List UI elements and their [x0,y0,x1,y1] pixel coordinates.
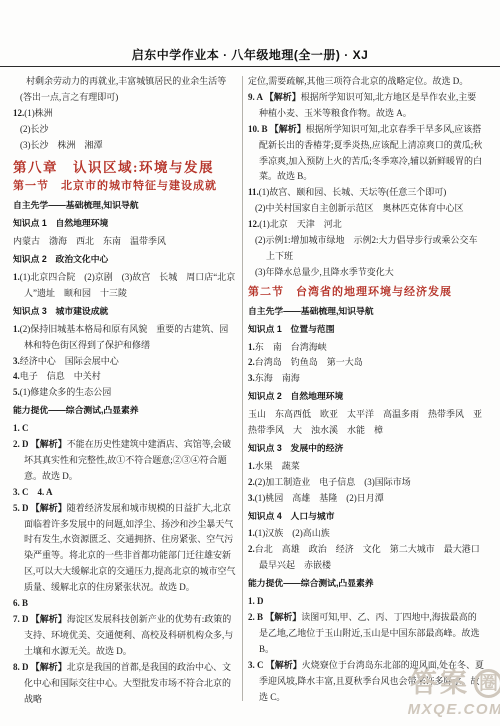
answer-line: 2.(2)加工制造业 电子信息 (3)国际市场 [248,475,484,491]
answer-number: 12. [13,108,24,118]
answer-number: 11. [248,187,259,197]
answer-line: 1.水果 蔬菜 [248,459,484,475]
answer-line: 5.(1)修建众多的生态公园 [13,385,237,401]
knowledge-point-heading: 知识点 2 政治文化中心 [13,252,237,268]
answer-text: (1)株洲 [24,108,53,118]
answer-number: 3. C 4. A [13,487,53,497]
answer-line: 3. C 4. A [13,485,237,501]
answer-text: 内蒙古 渤海 西北 东南 温带季风 [13,236,166,246]
activity-heading: 能力提优——综合测试,凸显素养 [13,403,237,419]
answer-text: (2)加工制造业 电子信息 (3)国际市场 [255,477,411,487]
answer-text: 经济中心 国际会展中心 [20,356,119,366]
answer-text: 东 南 台湾海峡 [255,342,327,352]
answer-line: 1.东 南 台湾海峡 [248,340,484,356]
answer-text: 水果 蔬菜 [255,461,300,471]
answer-number: 9. A 【解析】 [248,92,301,102]
answer-text: 第八章 认识区域:环境与发展 [13,160,214,175]
answer-line: 1. D [248,594,484,610]
knowledge-point-heading: 知识点 4 人口与城市 [248,509,484,525]
answer-text: (1)故宫、颐和园、长城、天坛等(任意三个即可) [259,187,447,197]
header-rule [0,66,500,67]
answer-number: 2. [248,544,255,554]
answer-line: 1. C [13,421,237,437]
answer-number: 2. [248,477,255,487]
answer-line: 2.台湾岛 钓鱼岛 第一大岛 [248,355,484,371]
chapter-heading: 第八章 认识区域:环境与发展 [13,160,237,176]
knowledge-point-heading: 知识点 3 发展中的经济 [248,441,484,457]
answer-number: 2. D 【解析】 [13,439,67,449]
answer-text: (1)桃园 高雄 基隆 (2)日月潭 [255,493,384,503]
answer-line: 9. A 【解析】根据所学知识可知,北方地区是旱作农业,主要种植小麦、玉米等粮食… [248,90,484,122]
answer-number: 4. [13,371,20,381]
answer-line: 7. D 【解析】海淀区发展科技创新产业的优势有:政策的支持、环境优美、交通便利… [13,612,237,660]
answer-line: 10. B 【解析】根据所学知识可知,北京春季干旱多风,应该搭配新长出的香椿芽;… [248,122,484,186]
answer-text: 随着经济发展和城市规模的日益扩大,北京面临着许多发展中的问题,如浮尘、扬沙和沙尘… [24,503,236,593]
answer-text: 知识点 1 位置与范围 [248,324,335,334]
answer-text: 台北 高雄 政治 经济 文化 第二大城市 最大港口 最早兴起 赤嵌楼 [255,544,489,570]
answer-number: 3. [248,373,255,383]
answer-text: 东海 南海 [255,373,300,383]
activity-heading: 自主先学——基础梳理,知识导航 [13,198,237,214]
answer-line: 12.(1)株洲 [13,106,237,122]
watermark-site: MXQE.COM [408,701,500,718]
answer-text: (3)长沙 株洲 湘潭 [20,140,103,150]
answer-line: 1.(1)汉族 (2)高山族 [248,526,484,542]
knowledge-point-heading: 知识点 2 自然地理环境 [248,389,484,405]
answer-line: 2. B 【解析】读图可知,甲、乙、丙、丁四地中,海拔最高的是乙地,乙地位于玉山… [248,610,484,658]
watermark-brand: 答案 圈 [408,669,500,698]
answer-text: (1)修建众多的生态公园 [20,387,112,397]
section-heading: 第二节 台湾省的地理环境与经济发展 [248,285,484,301]
answer-line: 8. D 【解析】北京是我国的首都,是我国的政治中心、文化中心和国际交往中心。大… [13,660,237,708]
answer-line: (2)长沙 [20,122,237,138]
watermark-brand-text: 答案 [410,670,470,697]
answers-content: 村剩余劳动力的再就业,丰富城镇居民的业余生活等(答出一点,言之有理即可)12.(… [13,74,489,707]
answer-text: 定位,需要疏解,其他三项符合北京的战略定位。故选 D。 [248,76,468,86]
answer-text: 知识点 1 自然地理环境 [13,218,108,228]
answer-text: 知识点 4 人口与城市 [248,511,335,521]
answer-text: (2)示例1:增加城市绿地 示例2:大力倡导步行或乘公交车上下班 [255,235,478,261]
knowledge-point-heading: 知识点 1 自然地理环境 [13,216,237,232]
answer-number: 2. B 【解析】 [248,612,301,622]
answer-number: 1. [248,461,255,471]
answer-line: (2)中关村国家自主创新示范区 奥林匹克体育中心区 [255,201,484,217]
answer-number: 6. B [13,598,28,608]
answer-text: 知识点 3 发展中的经济 [248,443,343,453]
answer-line: (3)年降水总量少,且降水季节变化大 [255,265,484,281]
watermark: 答案 圈 MXQE.COM [408,669,500,718]
answer-line: 村剩余劳动力的再就业,丰富城镇居民的业余生活等(答出一点,言之有理即可) [13,74,237,106]
knowledge-point-heading: 知识点 3 城市建设成就 [13,304,237,320]
answer-line: 定位,需要疏解,其他三项符合北京的战略定位。故选 D。 [248,74,484,90]
answer-text: 知识点 3 城市建设成就 [13,306,108,316]
answer-text: (1)北京四合院 (2)京剧 (3)故宫 长城 周口店“北京人”遗址 颐和园 十… [20,272,235,298]
answer-line: 4.电子 信息 中关村 [13,369,237,385]
answer-column-right: 定位,需要疏解,其他三项符合北京的战略定位。故选 D。9. A 【解析】根据所学… [248,74,484,707]
answer-line: 1.(1)北京四合院 (2)京剧 (3)故宫 长城 周口店“北京人”遗址 颐和园… [13,270,237,302]
activity-heading: 自主先学——基础梳理,知识导航 [248,304,484,320]
answer-number: 1. C [13,423,29,433]
answer-text: 知识点 2 政治文化中心 [13,254,108,264]
answer-line: 3.经济中心 国际会展中心 [13,354,237,370]
answer-line: 内蒙古 渤海 西北 东南 温带季风 [13,234,237,250]
answer-number: 12. [248,219,259,229]
answer-number: 10. B 【解析】 [248,124,306,134]
answer-text: 知识点 2 自然地理环境 [248,391,343,401]
page-header: 启东中学作业本 · 八年级地理(全一册) · XJ [0,46,500,63]
answer-line: (3)长沙 株洲 湘潭 [20,138,237,154]
answer-text: 自主先学——基础梳理,知识导航 [13,200,139,210]
answer-line: 11.(1)故宫、颐和园、长城、天坛等(任意三个即可) [248,185,484,201]
answer-book-page: 启东中学作业本 · 八年级地理(全一册) · XJ 村剩余劳动力的再就业,丰富城… [0,0,500,726]
answer-number: 3. [248,493,255,503]
knowledge-point-heading: 知识点 1 位置与范围 [248,322,484,338]
answer-text: 能力提优——综合测试,凸显素养 [248,578,374,588]
answer-text: (2)保持旧城基本格局和原有风貌 重要的古建筑、园林和特色街区得到了保护和修缮 [20,324,229,350]
answer-line: 5. D 【解析】随着经济发展和城市规模的日益扩大,北京面临着许多发展中的问题,… [13,501,237,596]
answer-text: (1)汉族 (2)高山族 [255,528,330,538]
answer-number: 8. D 【解析】 [13,662,67,672]
answer-line: 玉山 东高西低 欧亚 太平洋 高温多雨 热带季风 亚热带季风 大 浊水溪 水能 … [248,407,484,439]
section-heading: 第一节 北京市的城市特征与建设成就 [13,179,237,195]
answer-line: 1.(2)保持旧城基本格局和原有风貌 重要的古建筑、园林和特色街区得到了保护和修… [13,322,237,354]
answer-text: (2)长沙 [20,124,49,134]
answer-line: 6. B [13,596,237,612]
page-title: 启东中学作业本 · 八年级地理(全一册) · XJ [132,48,369,62]
column-divider [242,76,243,701]
answer-number: 1. D [248,596,264,606]
answer-text: 自主先学——基础梳理,知识导航 [248,306,374,316]
answer-text: (2)中关村国家自主创新示范区 奥林匹克体育中心区 [255,203,464,213]
watermark-circle-icon: 圈 [474,669,500,698]
answer-number: 3. [13,356,20,366]
answer-line: 12.(1)北京 天津 河北 [248,217,484,233]
answer-text: 第二节 台湾省的地理环境与经济发展 [248,286,452,298]
answer-number: 1. [13,272,20,282]
answer-number: 7. D 【解析】 [13,614,67,624]
answer-number: 1. [248,342,255,352]
answer-line: 2.台北 高雄 政治 经济 文化 第二大城市 最大港口 最早兴起 赤嵌楼 [248,542,484,574]
answer-line: 3.东海 南海 [248,371,484,387]
answer-number: 2. [248,357,255,367]
activity-heading: 能力提优——综合测试,凸显素养 [248,576,484,592]
answer-number: 5. [13,387,20,397]
answer-text: 玉山 东高西低 欧亚 太平洋 高温多雨 热带季风 亚热带季风 大 浊水溪 水能 … [248,409,482,435]
answer-text: 台湾岛 钓鱼岛 第一大岛 [255,357,363,367]
answer-text: (1)北京 天津 河北 [259,219,342,229]
answer-column-left: 村剩余劳动力的再就业,丰富城镇居民的业余生活等(答出一点,言之有理即可)12.(… [13,74,237,707]
answer-number: 1. [13,324,20,334]
answer-line: 3.(1)桃园 高雄 基隆 (2)日月潭 [248,491,484,507]
answer-number: 5. D 【解析】 [13,503,67,513]
answer-text: (3)年降水总量少,且降水季节变化大 [255,267,394,277]
answer-text: 电子 信息 中关村 [20,371,101,381]
answer-text: 第一节 北京市的城市特征与建设成就 [13,180,217,192]
answer-line: (2)示例1:增加城市绿地 示例2:大力倡导步行或乘公交车上下班 [255,233,484,265]
answer-line: 2. D 【解析】不能在历史性建筑中建酒店、宾馆等,会破坏其真实性和完整性,故①… [13,437,237,485]
answer-number: 1. [248,528,255,538]
answer-text: 村剩余劳动力的再就业,丰富城镇居民的业余生活等(答出一点,言之有理即可) [20,76,226,102]
answer-number: 3. C 【解析】 [248,660,302,670]
answer-text: 能力提优——综合测试,凸显素养 [13,405,139,415]
